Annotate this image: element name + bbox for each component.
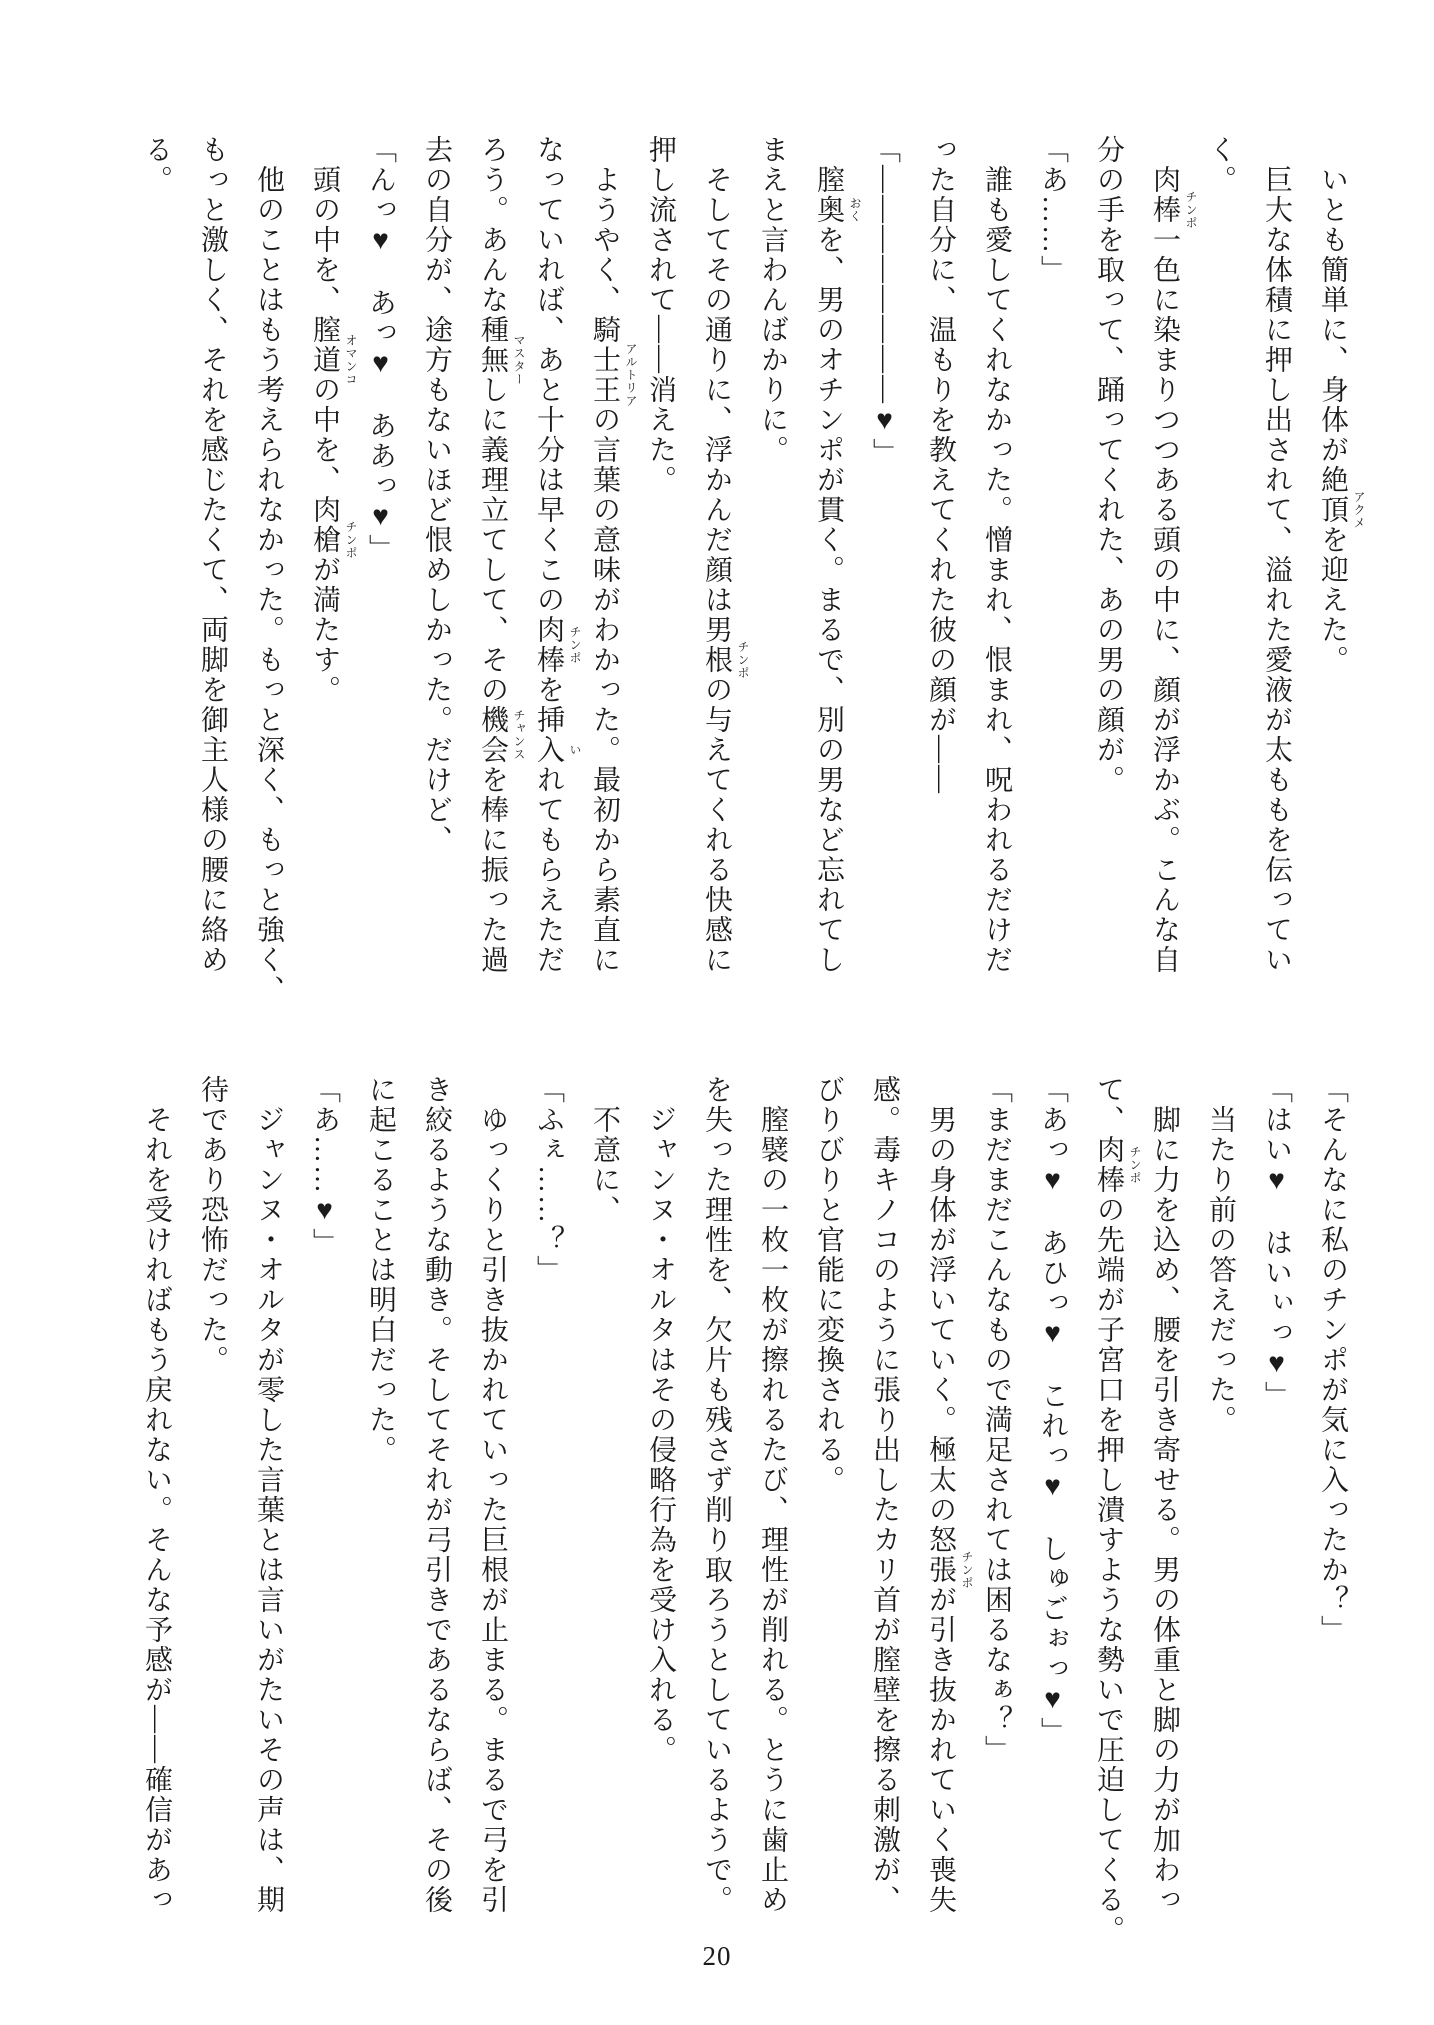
text-column: 他のことはもう考えられなかった。もっと深く、もっと強く、 (254, 135, 282, 1020)
text-column: 去の自分が、途方もないほど恨めしかった。だけど、 (422, 135, 450, 1020)
text-column: 「――――――――♥」 (870, 135, 898, 1020)
novel-page: いとも簡単に、身体が絶頂アクメを迎えた。巨大な体積に押し出されて、溢れた愛液が太… (0, 0, 1434, 2025)
text-column: それを受ければもう戻れない。そんな予感が――確信があっ (142, 1075, 170, 1960)
text-column: ジャンヌ・オルタはその侵略行為を受け入れる。 (646, 1075, 674, 1960)
text-column: 「はい♥ はいぃっ♥」 (1262, 1075, 1290, 1960)
text-column: 頭の中を、膣道オマンコの中を、肉槍チンポが満たす。 (310, 135, 338, 1020)
text-column: 感。毒キノコのように張り出したカリ首が膣壁を擦る刺激が、 (870, 1075, 898, 1960)
text-column: 「そんなに私のチンポが気に入ったか？」 (1318, 1075, 1346, 1960)
furigana: チンポ (1129, 1146, 1141, 1185)
furigana: マスター (513, 334, 525, 386)
text-column: 「あっ♥ あひっ♥ これっ♥ しゅごぉっ♥」 (1038, 1075, 1066, 1960)
text-column: ジャンヌ・オルタが零した言葉とは言いがたいその声は、期 (254, 1075, 282, 1960)
text-column: く。 (1206, 135, 1234, 1020)
furigana: チンポ (1185, 161, 1197, 230)
text-column: ろう。あんな種無しマスターに義理立てして、その機会チャンスを棒に振った過 (478, 135, 506, 1020)
furigana: い (569, 744, 581, 757)
text-column: 「あ……♥」 (310, 1075, 338, 1960)
furigana: チャンス (513, 709, 525, 761)
ruby-base: 怒張チンポ (925, 1525, 956, 1585)
ruby-base: 肉槍チンポ (309, 495, 340, 555)
text-column: もっと激しく、それを感じたくて、両脚を御主人様の腰に絡め (198, 135, 226, 1020)
text-column: る。 (142, 135, 170, 1020)
text-column: った自分に、温もりを教えてくれた彼の顔が―― (926, 135, 954, 1020)
furigana: おく (849, 167, 861, 223)
text-column: て、肉棒チンポの先端が子宮口を押し潰すような勢いで圧迫してくる。 (1094, 1075, 1122, 1960)
furigana: アルトリア (625, 313, 637, 408)
ruby-base: 絶頂アクメ (1317, 465, 1348, 525)
text-column: 肉棒チンポ一色に染まりつつある頭の中に、顔が浮かぶ。こんな自 (1150, 135, 1178, 1020)
text-column: 誰も愛してくれなかった。憎まれ、恨まれ、呪われるだけだ (982, 135, 1010, 1020)
text-column: びりびりと官能に変換される。 (814, 1075, 842, 1960)
text-column: 不意に、 (590, 1075, 618, 1960)
text-column: 押し流されて――消えた。 (646, 135, 674, 1020)
text-column: に起こることは明白だった。 (366, 1075, 394, 1960)
furigana: チンポ (345, 491, 357, 560)
ruby-base: 肉棒チンポ (1149, 165, 1180, 225)
text-band-top: いとも簡単に、身体が絶頂アクメを迎えた。巨大な体積に押し出されて、溢れた愛液が太… (114, 135, 1346, 1020)
text-column: ゆっくりと引き抜かれていった巨根が止まる。まるで弓を引 (478, 1075, 506, 1960)
text-column: 巨大な体積に押し出されて、溢れた愛液が太ももを伝ってい (1262, 135, 1290, 1020)
text-band-bottom: 「そんなに私のチンポが気に入ったか？」「はい♥ はいぃっ♥」当たり前の答えだった… (114, 1075, 1346, 1960)
text-column: 膣襞の一枚一枚が擦れるたび、理性が削れる。とうに歯止め (758, 1075, 786, 1960)
page-number: 20 (703, 1941, 732, 1972)
text-column: まえと言わんばかりに。 (758, 135, 786, 1020)
furigana: オマンコ (345, 304, 357, 386)
text-column: 膣奥おくを、男のオチンポが貫く。まるで、別の男など忘れてし (814, 135, 842, 1020)
text-column: 「んっ♥ あっ♥ ああっ♥」 (366, 135, 394, 1020)
ruby-base: 入い (533, 735, 564, 765)
furigana: チンポ (569, 626, 581, 665)
ruby-base: 膣奥おく (813, 165, 844, 225)
ruby-base: 男根チンポ (701, 615, 732, 675)
text-column: 「まだまだこんなもので満足されては困るなぁ？」 (982, 1075, 1010, 1960)
text-column: 分の手を取って、踊ってくれた、あの男の顔が。 (1094, 135, 1122, 1020)
ruby-base: 機会チャンス (477, 705, 508, 765)
text-column: 当たり前の答えだった。 (1206, 1075, 1234, 1960)
furigana: アクメ (1353, 461, 1365, 530)
text-column: 待であり恐怖だった。 (198, 1075, 226, 1960)
ruby-base: 肉棒チンポ (533, 615, 564, 675)
ruby-base: 肉棒チンポ (1093, 1135, 1124, 1195)
ruby-base: 膣道オマンコ (309, 315, 340, 375)
text-column: 「あ……」 (1038, 135, 1066, 1020)
ruby-base: 騎士王アルトリア (589, 315, 620, 405)
furigana: チンポ (961, 1521, 973, 1590)
text-column: 脚に力を込め、腰を引き寄せる。男の体重と脚の力が加わっ (1150, 1075, 1178, 1960)
text-column: ようやく、騎士王アルトリアの言葉の意味がわかった。最初から素直に (590, 135, 618, 1020)
ruby-base: 種無しマスター (477, 315, 508, 405)
text-column: を失った理性を、欠片も残さず削り取ろうとしているようで。 (702, 1075, 730, 1960)
text-column: なっていれば、あと十分は早くこの肉棒チンポを挿入いれてもらえただ (534, 135, 562, 1020)
text-column: 「ふぇ……？」 (534, 1075, 562, 1960)
text-column: そしてその通りに、浮かんだ顔は男根チンポの与えてくれる快感に (702, 135, 730, 1020)
furigana: チンポ (737, 611, 749, 680)
text-column: 男の身体が浮いていく。極太の怒張チンポが引き抜かれていく喪失 (926, 1075, 954, 1960)
text-column: き絞るような動き。そしてそれが弓引きであるならば、その後 (422, 1075, 450, 1960)
text-column: いとも簡単に、身体が絶頂アクメを迎えた。 (1318, 135, 1346, 1020)
